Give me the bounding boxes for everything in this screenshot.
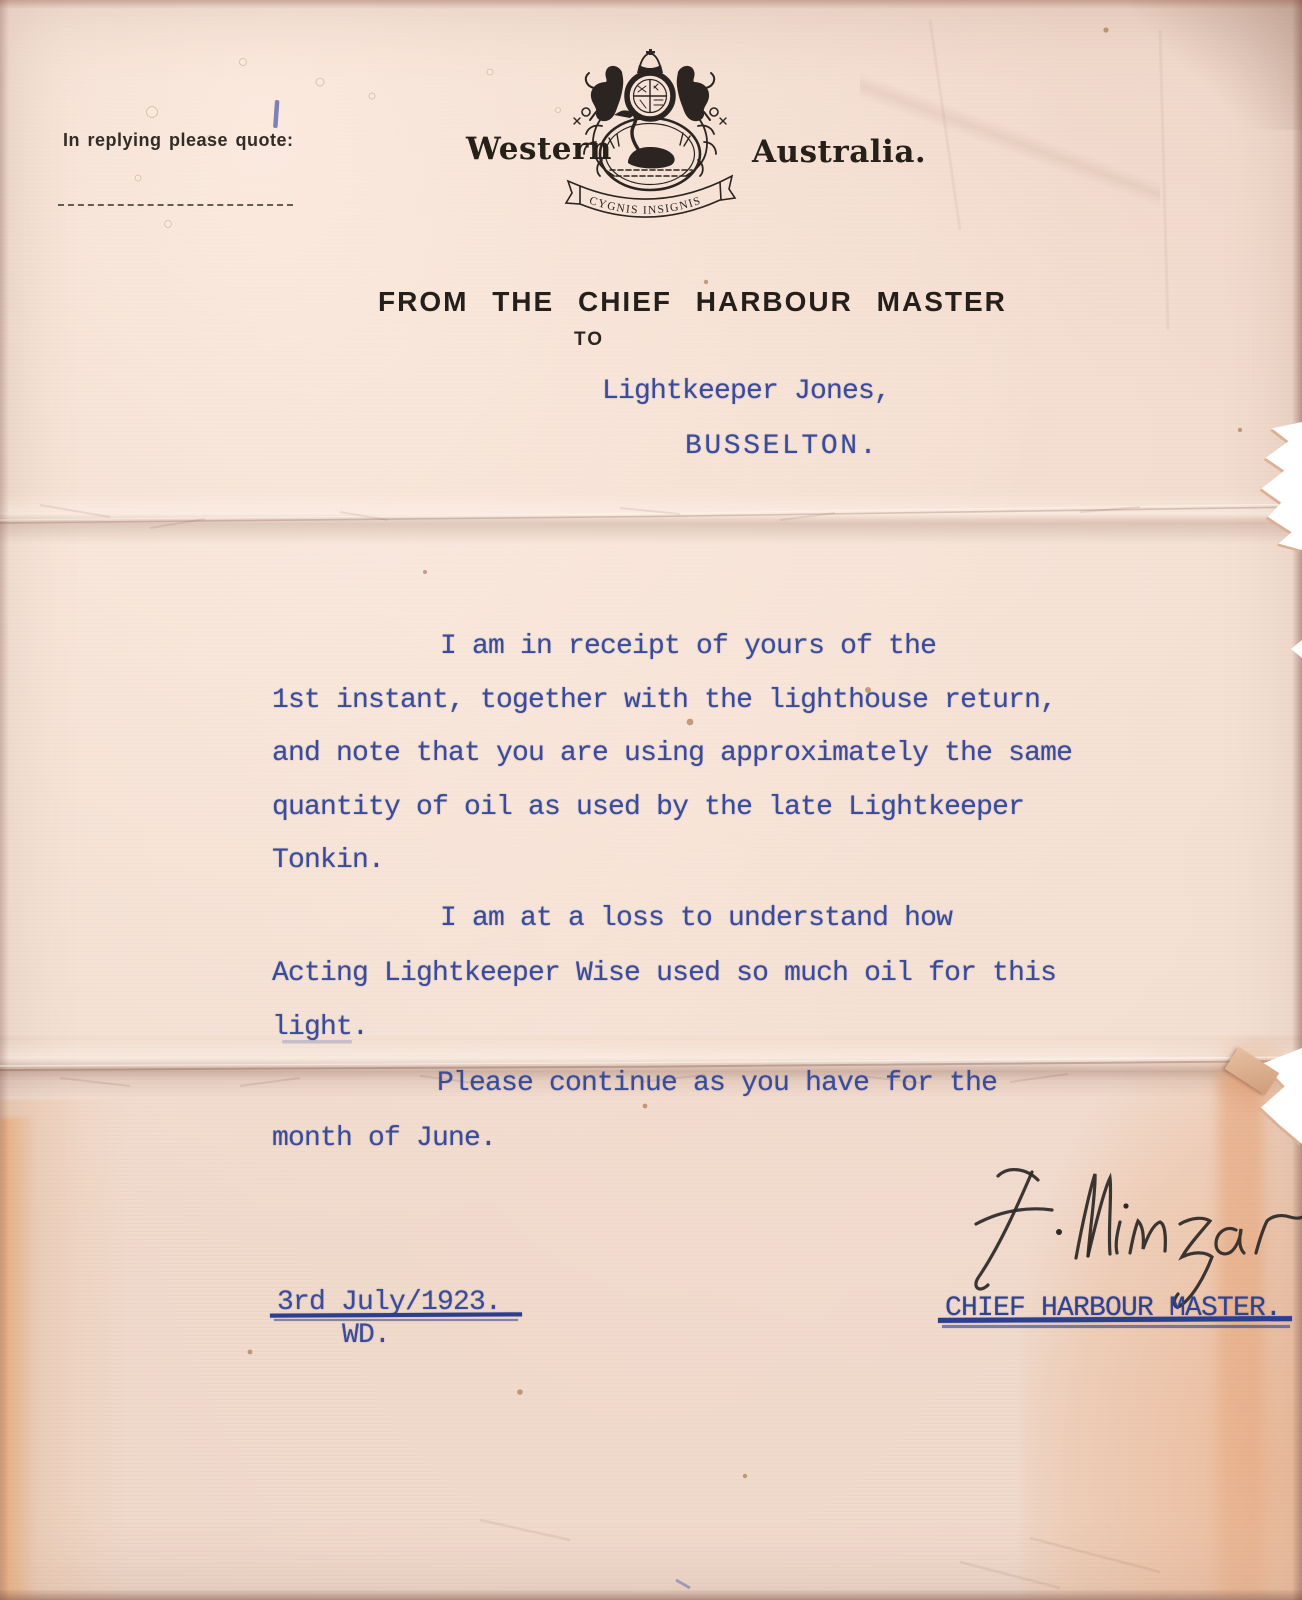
recipient-place: BUSSELTON. xyxy=(685,430,879,464)
svg-text:CYGNIS INSIGNIS: CYGNIS INSIGNIS xyxy=(588,195,703,217)
from-chief-harbour-master-heading: FROM THE CHIEF HARBOUR MASTER xyxy=(378,286,1007,318)
body-line: Please continue as you have for the xyxy=(437,1067,997,1101)
motto-banner: CYGNIS INSIGNIS xyxy=(566,176,735,217)
body-line: I am in receipt of yours of the xyxy=(440,630,936,664)
date-underline-echo xyxy=(274,1319,518,1321)
state-name-australia: Australia. xyxy=(752,134,926,170)
swan-shield xyxy=(600,110,700,190)
body-line: light. xyxy=(272,1011,368,1045)
scanned-letter: In replying please quote: Western Austra… xyxy=(0,0,1302,1600)
crest-motto-text: CYGNIS INSIGNIS xyxy=(588,195,703,217)
body-line: month of June. xyxy=(272,1122,496,1156)
typist-initials: WD. xyxy=(342,1319,390,1353)
lion-supporter-right xyxy=(677,66,714,121)
body-line: 1st instant, together with the lighthous… xyxy=(272,684,1056,718)
title-underline-echo xyxy=(942,1325,1290,1328)
body-line: I am at a loss to understand how xyxy=(440,902,952,936)
black-swan-icon xyxy=(628,147,675,168)
body-line: Tonkin. xyxy=(272,844,384,878)
body-line: Acting Lightkeeper Wise used so much oil… xyxy=(272,957,1056,991)
coat-of-arms-crest: CYGNIS INSIGNIS xyxy=(550,48,750,238)
recipient-name: Lightkeeper Jones, xyxy=(602,375,890,409)
to-label: TO xyxy=(574,329,604,351)
body-line: quantity of oil as used by the late Ligh… xyxy=(272,791,1024,825)
body-line: and note that you are using approximatel… xyxy=(272,737,1072,771)
quote-reference-label: In replying please quote: xyxy=(63,130,294,151)
crown-icon xyxy=(637,49,663,73)
quote-reference-line xyxy=(58,186,293,206)
